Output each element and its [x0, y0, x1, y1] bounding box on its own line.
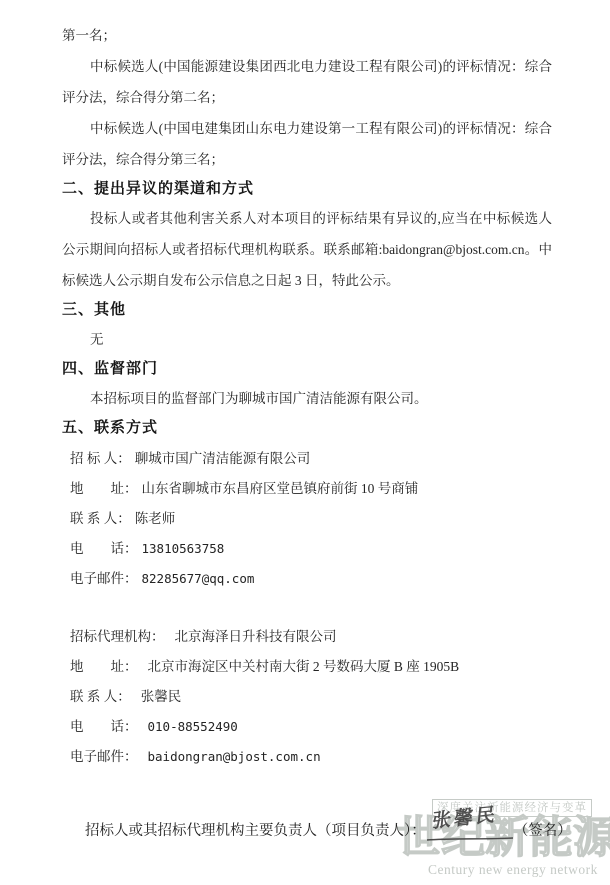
agency-contact-row: 联 系 人：张馨民 — [62, 682, 552, 712]
section-heading-objection: 二、提出异议的渠道和方式 — [62, 177, 552, 201]
watermark-brand-english: Century new energy network — [428, 862, 598, 878]
section-heading-contact: 五、联系方式 — [62, 416, 552, 440]
tenderer-name-row: 招 标 人：聊城市国广清洁能源有限公司 — [62, 444, 552, 474]
agency-name-value: 北京海泽日升科技有限公司 — [165, 629, 337, 644]
tenderer-address-label: 地 址： — [70, 481, 138, 496]
agency-name-row: 招标代理机构：北京海泽日升科技有限公司 — [62, 622, 552, 652]
tenderer-contact-value: 陈老师 — [131, 511, 176, 526]
document-body: 第一名； 中标候选人(中国能源建设集团西北电力建设工程有限公司)的评标情况：综合… — [62, 20, 552, 772]
tenderer-address-row: 地 址：山东省聊城市东昌府区堂邑镇府前街 10 号商铺 — [62, 474, 552, 504]
agency-name-label: 招标代理机构： — [70, 629, 165, 644]
tenderer-phone-row: 电 话：13810563758 — [62, 534, 552, 564]
agency-address-label: 地 址： — [70, 659, 138, 674]
agency-address-row: 地 址：北京市海淀区中关村南大街 2 号数码大厦 B 座 1905B — [62, 652, 552, 682]
responsible-person-line: 招标人或其招标代理机构主要负责人（项目负责人）：张馨民（签名） — [85, 818, 572, 844]
agency-contact-block: 招标代理机构：北京海泽日升科技有限公司 地 址：北京市海淀区中关村南大街 2 号… — [62, 622, 552, 772]
tenderer-phone-value: 13810563758 — [138, 541, 225, 556]
agency-phone-value: 010-88552490 — [138, 719, 238, 734]
tenderer-email-value: 82285677@qq.com — [138, 571, 255, 586]
agency-email-row: 电子邮件：baidongran@bjost.com.cn — [62, 742, 552, 772]
paragraph-objection: 投标人或者其他利害关系人对本项目的评标结果有异议的,应当在中标候选人公示期间向招… — [62, 203, 552, 296]
agency-phone-row: 电 话：010-88552490 — [62, 712, 552, 742]
agency-contact-label: 联 系 人： — [70, 689, 131, 704]
block-spacer — [62, 594, 552, 618]
tenderer-email-label: 电子邮件： — [70, 571, 138, 586]
agency-email-label: 电子邮件： — [70, 749, 138, 764]
tenderer-contact-row: 联 系 人：陈老师 — [62, 504, 552, 534]
agency-email-value: baidongran@bjost.com.cn — [138, 749, 321, 764]
signature-suffix: （签名） — [514, 823, 572, 839]
agency-contact-value: 张馨民 — [131, 689, 182, 704]
paragraph-candidate-third: 中标候选人(中国电建集团山东电力建设第一工程有限公司)的评标情况：综合评分法，综… — [62, 113, 552, 175]
section-heading-supervision: 四、监督部门 — [62, 357, 552, 381]
tenderer-phone-label: 电 话： — [70, 541, 138, 556]
scanned-document-page: 第一名； 中标候选人(中国能源建设集团西北电力建设工程有限公司)的评标情况：综合… — [0, 0, 610, 885]
tenderer-email-row: 电子邮件：82285677@qq.com — [62, 564, 552, 594]
tenderer-name-label: 招 标 人： — [70, 451, 131, 466]
tenderer-address-value: 山东省聊城市东昌府区堂邑镇府前街 10 号商铺 — [138, 481, 419, 496]
paragraph-candidate-second: 中标候选人(中国能源建设集团西北电力建设工程有限公司)的评标情况：综合评分法，综… — [62, 51, 552, 113]
agency-phone-label: 电 话： — [70, 719, 138, 734]
tenderer-contact-label: 联 系 人： — [70, 511, 131, 526]
tenderer-contact-block: 招 标 人：聊城市国广清洁能源有限公司 地 址：山东省聊城市东昌府区堂邑镇府前街… — [62, 444, 552, 594]
responsible-person-label: 招标人或其招标代理机构主要负责人（项目负责人）： — [85, 823, 426, 839]
tenderer-name-value: 聊城市国广清洁能源有限公司 — [131, 451, 311, 466]
paragraph-intro-tail: 第一名； — [62, 20, 552, 51]
signature-underline — [426, 835, 514, 843]
paragraph-other: 无 — [62, 324, 552, 355]
section-heading-other: 三、其他 — [62, 298, 552, 322]
paragraph-supervision: 本招标项目的监督部门为聊城市国广清洁能源有限公司。 — [62, 383, 552, 414]
signature-area: 张馨民 — [426, 818, 514, 844]
agency-address-value: 北京市海淀区中关村南大街 2 号数码大厦 B 座 1905B — [138, 659, 460, 674]
